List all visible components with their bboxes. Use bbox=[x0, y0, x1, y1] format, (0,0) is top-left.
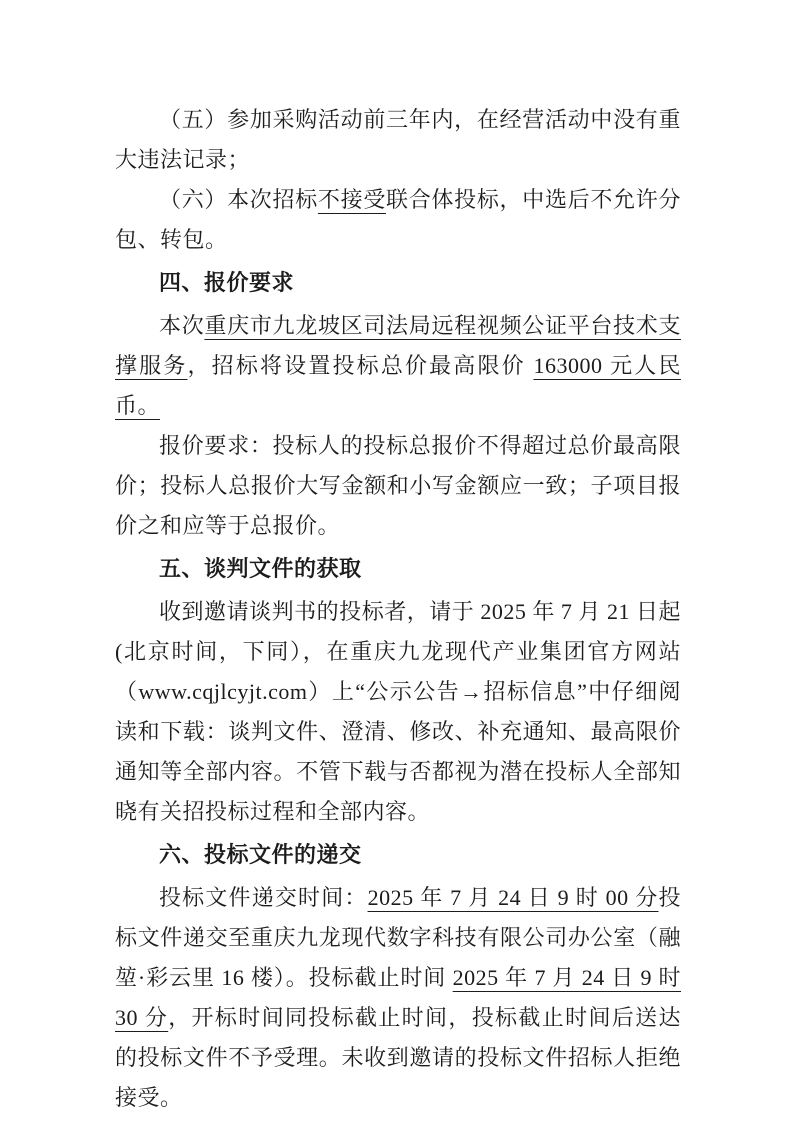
text-run: 收到邀请谈判书的投标者，请于 2025 年 7 月 21 日起(北京时间，下同）… bbox=[115, 599, 681, 824]
paragraph-price-limit: 本次重庆市九龙坡区司法局远程视频公证平台技术支撑服务，招标将设置投标总价最高限价… bbox=[115, 306, 681, 426]
text-run: 本次 bbox=[159, 313, 204, 338]
text-run: 报价要求：投标人的投标总报价不得超过总价最高限价；投标人总报价大写金额和小写金额… bbox=[115, 433, 681, 538]
text-run: （五）参加采购活动前三年内，在经营活动中没有重大违法记录； bbox=[115, 107, 681, 172]
heading-section-five: 五、谈判文件的获取 bbox=[115, 549, 681, 589]
paragraph-document-acquisition: 收到邀请谈判书的投标者，请于 2025 年 7 月 21 日起(北京时间，下同）… bbox=[115, 592, 681, 832]
heading-text: 四、报价要求 bbox=[159, 270, 294, 295]
heading-text: 五、谈判文件的获取 bbox=[159, 556, 362, 581]
heading-section-four: 四、报价要求 bbox=[115, 263, 681, 303]
text-run: 投标文件递交时间： bbox=[159, 885, 368, 910]
paragraph-quote-requirements: 报价要求：投标人的投标总报价不得超过总价最高限价；投标人总报价大写金额和小写金额… bbox=[115, 426, 681, 546]
paragraph-submission: 投标文件递交时间：2025 年 7 月 24 日 9 时 00 分投标文件递交至… bbox=[115, 878, 681, 1118]
document-page: （五）参加采购活动前三年内，在经营活动中没有重大违法记录； （六）本次招标不接受… bbox=[0, 0, 793, 1122]
text-run: ，招标将设置投标总价最高限价 bbox=[188, 353, 534, 378]
document-content: （五）参加采购活动前三年内，在经营活动中没有重大违法记录； （六）本次招标不接受… bbox=[115, 100, 681, 1118]
heading-text: 六、投标文件的递交 bbox=[159, 842, 362, 867]
underlined-text-run: 不接受 bbox=[318, 187, 386, 212]
paragraph-clause-five: （五）参加采购活动前三年内，在经营活动中没有重大违法记录； bbox=[115, 100, 681, 180]
underlined-text-run: 2025 年 7 月 24 日 9 时 00 分 bbox=[368, 885, 659, 910]
text-run: （六）本次招标 bbox=[159, 187, 318, 212]
heading-section-six: 六、投标文件的递交 bbox=[115, 835, 681, 875]
text-run: ，开标时间同投标截止时间，投标截止时间后送达的投标文件不予受理。未收到邀请的投标… bbox=[115, 1005, 681, 1110]
paragraph-clause-six: （六）本次招标不接受联合体投标，中选后不允许分包、转包。 bbox=[115, 180, 681, 260]
